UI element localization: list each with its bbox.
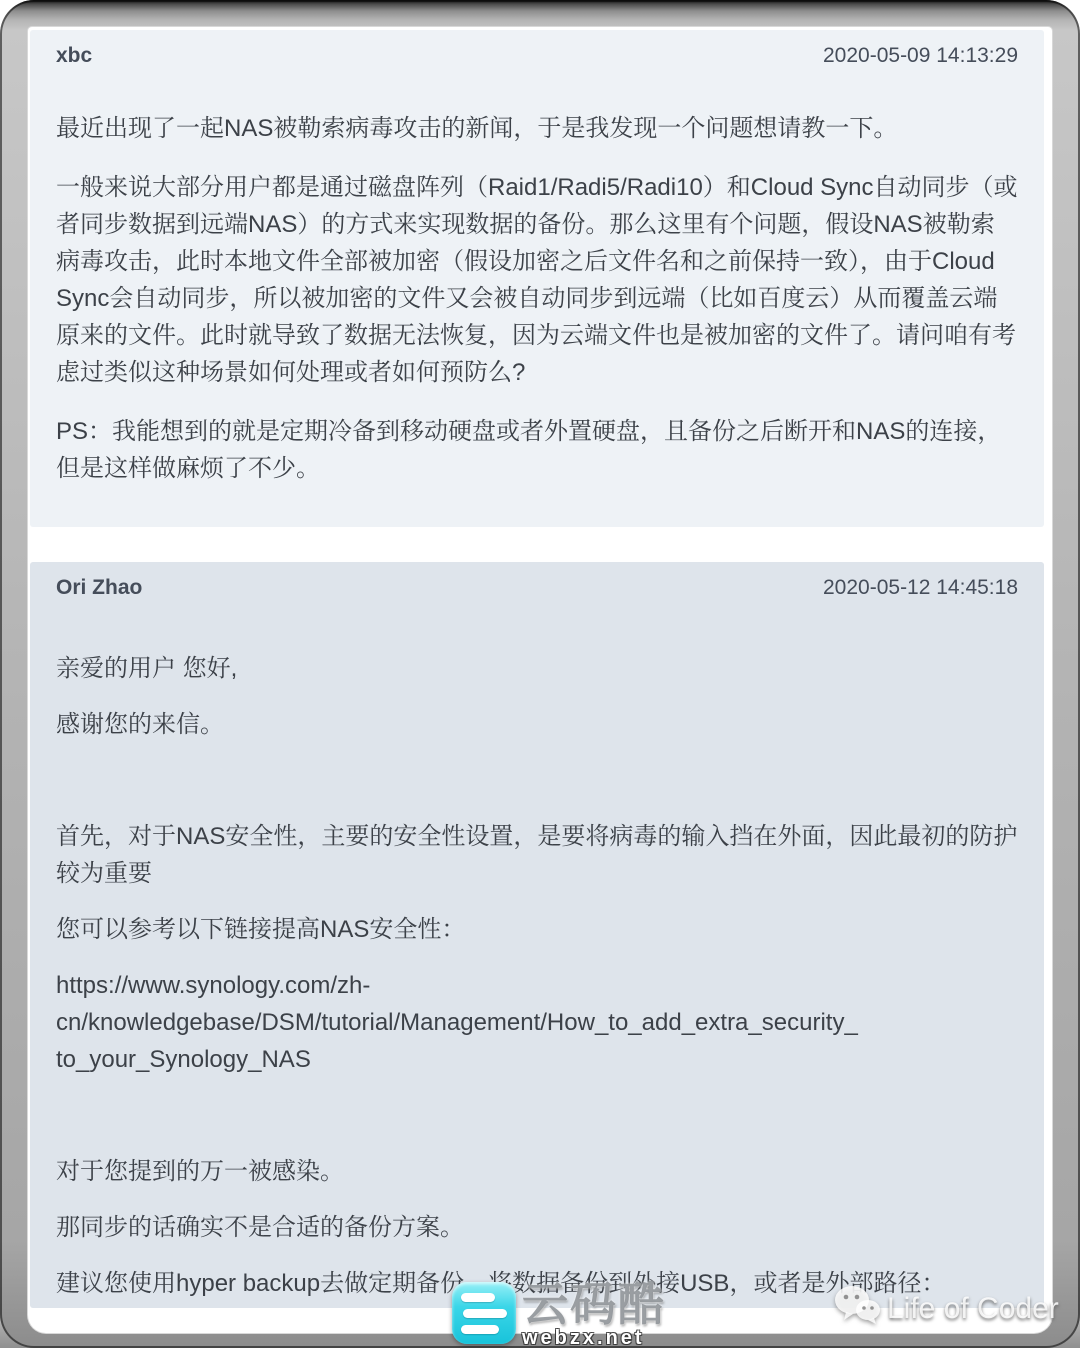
support-link-line: https://www.synology.com/zh-: [56, 967, 1018, 1004]
message-paragraph: 那同步的话确实不是合适的备份方案。: [56, 1209, 1018, 1246]
support-link-url[interactable]: https://www.synology.com/zh-cn/knowledge…: [56, 967, 1018, 1078]
message-body: 最近出现了一起NAS被勒索病毒攻击的新闻，于是我发现一个问题想请教一下。一般来说…: [56, 68, 1018, 487]
message-paragraph: [56, 762, 1018, 799]
message-paragraph: 首先，对于NAS安全性，主要的安全性设置，是要将病毒的输入挡在外面，因此最初的防…: [56, 818, 1018, 892]
support-ticket-window: xbc 2020-05-09 14:13:29 最近出现了一起NAS被勒索病毒攻…: [28, 27, 1052, 1333]
message-paragraph: 您可以参考以下链接提高NAS安全性：: [56, 911, 1018, 948]
screenshot-root: xbc 2020-05-09 14:13:29 最近出现了一起NAS被勒索病毒攻…: [0, 0, 1080, 1348]
message-paragraph: [56, 1097, 1018, 1134]
message-timestamp: 2020-05-12 14:45:18: [823, 576, 1018, 600]
message-author: xbc: [56, 44, 92, 68]
message-body: 亲爱的用户 您好,感谢您的来信。首先，对于NAS安全性，主要的安全性设置，是要将…: [56, 600, 1018, 1302]
support-link-line: to_your_Synology_NAS: [56, 1041, 1018, 1078]
message-timestamp: 2020-05-09 14:13:29: [823, 44, 1018, 68]
message-header: xbc 2020-05-09 14:13:29: [56, 44, 1018, 68]
message-paragraph: 亲爱的用户 您好,: [56, 650, 1018, 687]
watermark-brand: Life of Coder: [833, 1284, 1059, 1334]
icon-bar: [461, 1325, 499, 1334]
message-paragraph: 最近出现了一起NAS被勒索病毒攻击的新闻，于是我发现一个问题想请教一下。: [56, 110, 1018, 147]
message-thread[interactable]: xbc 2020-05-09 14:13:29 最近出现了一起NAS被勒索病毒攻…: [28, 27, 1052, 1308]
watermark-site: 云码酷 webzx.net: [452, 1282, 666, 1348]
message-card: xbc 2020-05-09 14:13:29 最近出现了一起NAS被勒索病毒攻…: [30, 30, 1044, 527]
message-paragraph: 对于您提到的万一被感染。: [56, 1153, 1018, 1190]
watermark-site-name: 云码酷: [522, 1282, 666, 1326]
message-paragraph: 感谢您的来信。: [56, 706, 1018, 743]
watermark-brand-label: Life of Coder: [887, 1292, 1059, 1326]
message-header: Ori Zhao 2020-05-12 14:45:18: [56, 576, 1018, 600]
sync-app-icon: [452, 1282, 516, 1344]
icon-bar: [463, 1309, 507, 1318]
message-author: Ori Zhao: [56, 576, 142, 600]
message-paragraph: PS：我能想到的就是定期冷备到移动硬盘或者外置硬盘，且备份之后断开和NAS的连接…: [56, 413, 1018, 487]
wechat-icon: [833, 1284, 881, 1334]
message-paragraph: 一般来说大部分用户都是通过磁盘阵列（Raid1/Radi5/Radi10）和Cl…: [56, 169, 1018, 391]
icon-bar: [461, 1293, 495, 1302]
watermark-site-url: webzx.net: [522, 1327, 666, 1348]
message-card: Ori Zhao 2020-05-12 14:45:18 亲爱的用户 您好,感谢…: [30, 562, 1044, 1308]
support-link-line: cn/knowledgebase/DSM/tutorial/Management…: [56, 1004, 1018, 1041]
